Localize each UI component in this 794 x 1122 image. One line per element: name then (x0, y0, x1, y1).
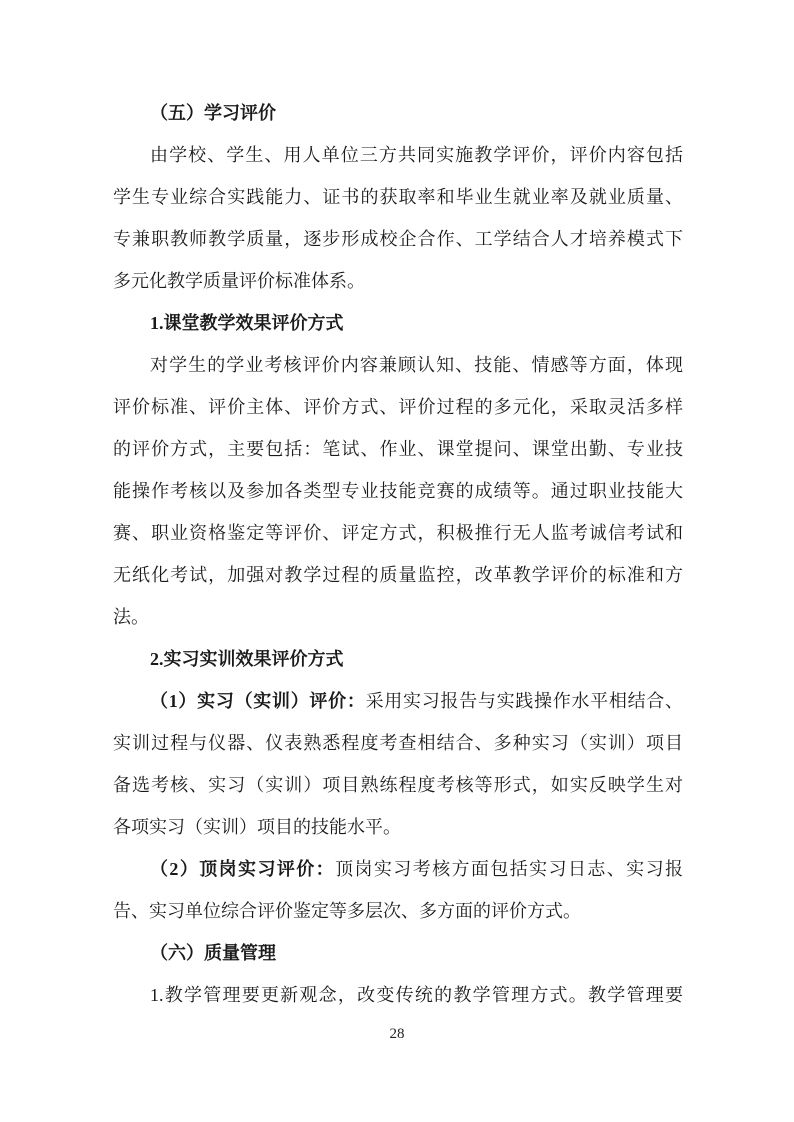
paragraph-line: 备选考核、实习（实训）项目熟练程度考核等形式，如实反映学生对 (113, 764, 683, 806)
heading-sub-2: 2.实习实训效果评价方式 (113, 638, 683, 680)
text-segment: 法。 (113, 607, 149, 627)
text-segment: 由学校、学生、用人单位三方共同实施教学评价，评价内容包括 (150, 145, 683, 165)
text-segment: 告、实习单位综合评价鉴定等多层次、多方面的评价方式。 (113, 901, 581, 921)
text-segment-bold: 1.课堂教学效果评价方式 (150, 313, 344, 333)
paragraph-line: 专兼职教师教学质量，逐步形成校企合作、工学结合人才培养模式下 (113, 218, 683, 260)
paragraph-line: 无纸化考试，加强对教学过程的质量监控，改革教学评价的标准和方 (113, 554, 683, 596)
text-segment: 专兼职教师教学质量，逐步形成校企合作、工学结合人才培养模式下 (113, 229, 683, 249)
text-segment: 评价标准、评价主体、评价方式、评价过程的多元化，采取灵活多样 (113, 397, 683, 417)
text-segment: 学生专业综合实践能力、证书的获取率和毕业生就业率及就业质量、 (113, 187, 683, 207)
text-segment: 采用实习报告与实践操作水平相结合、 (366, 691, 683, 711)
paragraph-line: 赛、职业资格鉴定等评价、评定方式，积极推行无人监考诚信考试和 (113, 512, 683, 554)
paragraph-line: 能操作考核以及参加各类型专业技能竞赛的成绩等。通过职业技能大 (113, 470, 683, 512)
paragraph-line: 对学生的学业考核评价内容兼顾认知、技能、情感等方面，体现 (113, 344, 683, 386)
page-footer: 28 (0, 1024, 794, 1044)
text-segment: 顶岗实习考核方面包括实习日志、实习报 (335, 859, 683, 879)
text-segment: 的评价方式，主要包括：笔试、作业、课堂提问、课堂出勤、专业技 (113, 439, 683, 459)
paragraph-line: 各项实习（实训）项目的技能水平。 (113, 806, 683, 848)
text-segment: 能操作考核以及参加各类型专业技能竞赛的成绩等。通过职业技能大 (113, 481, 683, 501)
text-segment-bold: （2）顶岗实习评价： (150, 859, 335, 879)
document-body: （五）学习评价由学校、学生、用人单位三方共同实施教学评价，评价内容包括学生专业综… (113, 92, 683, 1016)
paragraph-line: 告、实习单位综合评价鉴定等多层次、多方面的评价方式。 (113, 890, 683, 932)
text-segment: 备选考核、实习（实训）项目熟练程度考核等形式，如实反映学生对 (113, 775, 683, 795)
text-segment: 1.教学管理要更新观念，改变传统的教学管理方式。教学管理要 (150, 985, 683, 1005)
heading-section-6: （六）质量管理 (113, 932, 683, 974)
text-segment-bold: （1）实习（实训）评价： (150, 691, 366, 711)
paragraph-line: 法。 (113, 596, 683, 638)
text-segment: 各项实习（实训）项目的技能水平。 (113, 817, 401, 837)
document-page: （五）学习评价由学校、学生、用人单位三方共同实施教学评价，评价内容包括学生专业综… (0, 0, 794, 1122)
text-segment-bold: （六）质量管理 (150, 943, 276, 963)
text-segment: 无纸化考试，加强对教学过程的质量监控，改革教学评价的标准和方 (113, 565, 683, 585)
paragraph-line: 1.教学管理要更新观念，改变传统的教学管理方式。教学管理要 (113, 974, 683, 1016)
text-segment: 对学生的学业考核评价内容兼顾认知、技能、情感等方面，体现 (150, 355, 683, 375)
paragraph-line: 多元化教学质量评价标准体系。 (113, 260, 683, 302)
page-number: 28 (390, 1026, 405, 1042)
paragraph-line: （1）实习（实训）评价：采用实习报告与实践操作水平相结合、 (113, 680, 683, 722)
text-segment: 赛、职业资格鉴定等评价、评定方式，积极推行无人监考诚信考试和 (113, 523, 683, 543)
text-segment-bold: 2.实习实训效果评价方式 (150, 649, 344, 669)
paragraph-line: 由学校、学生、用人单位三方共同实施教学评价，评价内容包括 (113, 134, 683, 176)
text-segment: 多元化教学质量评价标准体系。 (113, 271, 365, 291)
text-segment-bold: （五）学习评价 (150, 103, 276, 123)
heading-section-5: （五）学习评价 (113, 92, 683, 134)
paragraph-line: 评价标准、评价主体、评价方式、评价过程的多元化，采取灵活多样 (113, 386, 683, 428)
paragraph-line: 学生专业综合实践能力、证书的获取率和毕业生就业率及就业质量、 (113, 176, 683, 218)
text-segment: 实训过程与仪器、仪表熟悉程度考查相结合、多种实习（实训）项目 (113, 733, 683, 753)
heading-sub-1: 1.课堂教学效果评价方式 (113, 302, 683, 344)
paragraph-line: 的评价方式，主要包括：笔试、作业、课堂提问、课堂出勤、专业技 (113, 428, 683, 470)
paragraph-line: （2）顶岗实习评价：顶岗实习考核方面包括实习日志、实习报 (113, 848, 683, 890)
paragraph-line: 实训过程与仪器、仪表熟悉程度考查相结合、多种实习（实训）项目 (113, 722, 683, 764)
